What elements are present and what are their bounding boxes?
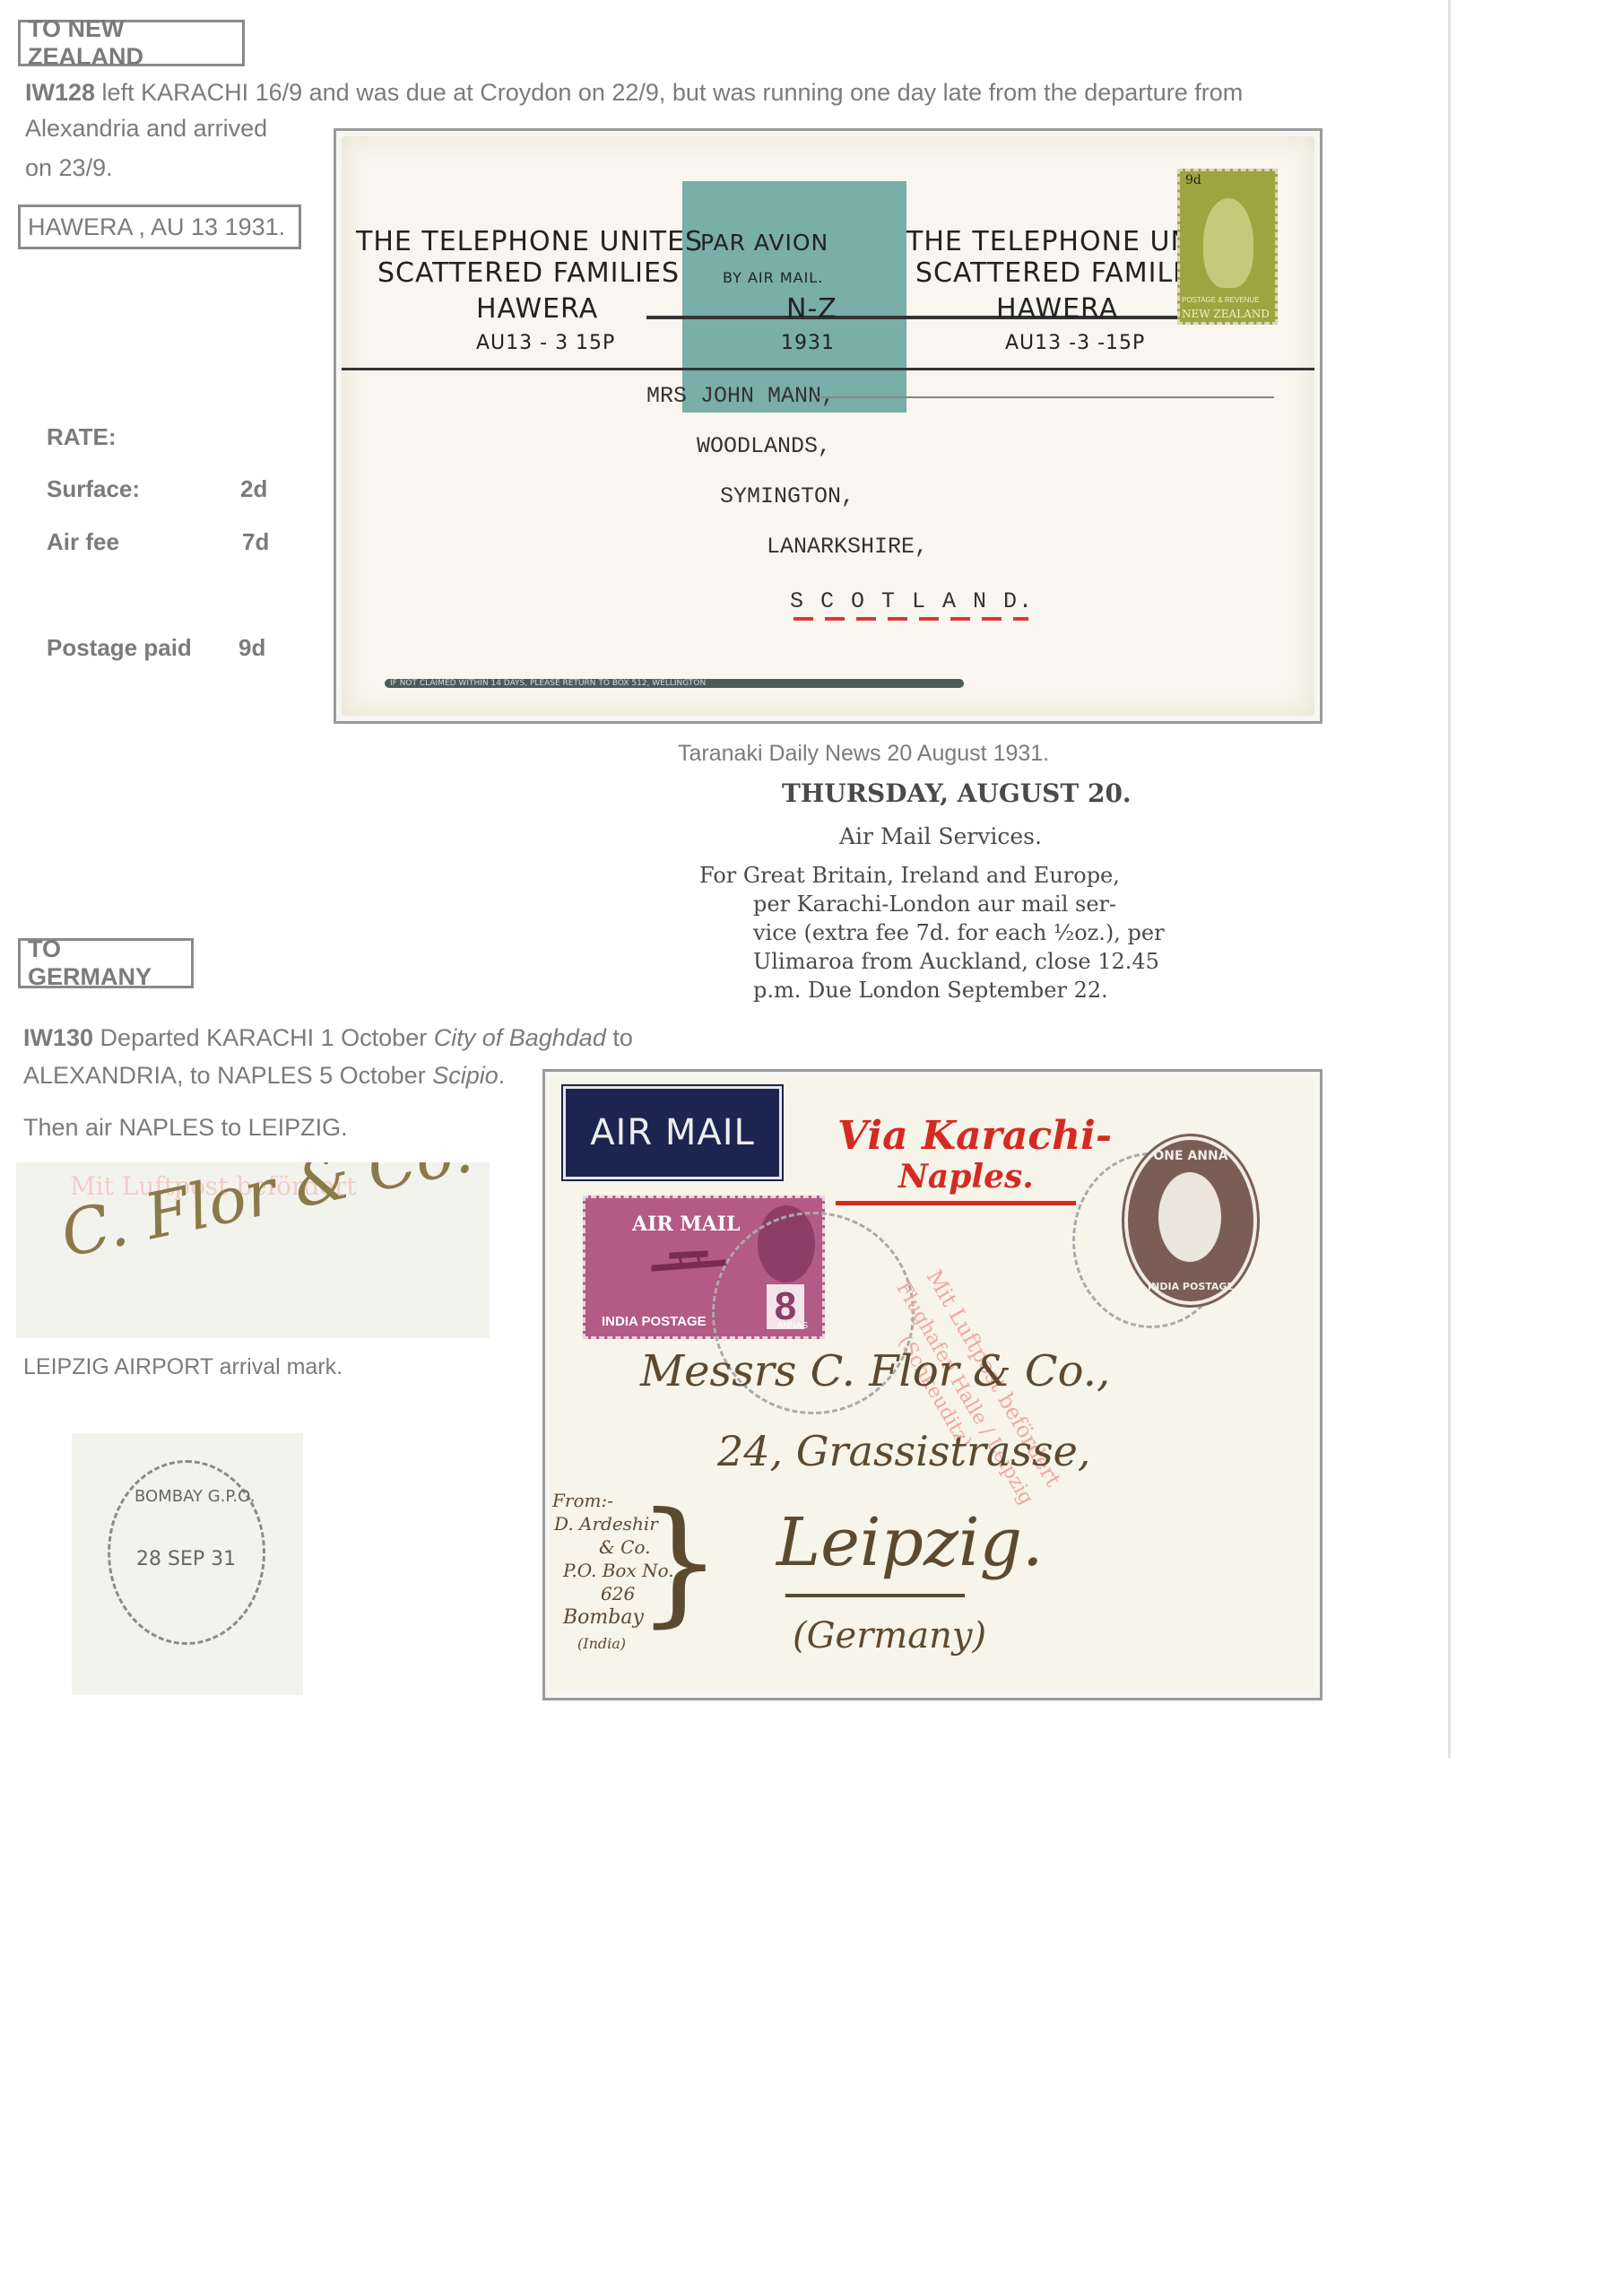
postmark-town: BOMBAY G.P.O.	[134, 1487, 255, 1506]
de-address-line-3: Leipzig.	[776, 1504, 1044, 1581]
king-portrait-icon	[1158, 1172, 1221, 1262]
line1-text: Departed KARACHI 1 October	[93, 1024, 434, 1051]
section-heading-nz: TO NEW ZEALAND	[18, 20, 245, 66]
newspaper-body-2: per Karachi-London aur mail ser-	[753, 891, 1116, 917]
address-line-1: MRS JOHN MANN,	[646, 383, 835, 409]
nz-flight-line2: Alexandria and arrived	[25, 115, 267, 143]
cancel-town-center: N-Z	[786, 293, 837, 325]
rate-label-postage: Postage paid	[47, 634, 192, 662]
postmark-date: 28 SEP 31	[136, 1548, 236, 1570]
de-cover-image: AIR MAIL Via Karachi- Naples. AIR MAIL 8…	[542, 1069, 1322, 1700]
newspaper-body-3: vice (extra fee 7d. for each ½oz.), per	[753, 920, 1165, 945]
nz-flight-description: IW128 left KARACHI 16/9 and was due at C…	[25, 79, 1243, 107]
slogan-left-line1: THE TELEPHONE UNITES	[356, 226, 703, 257]
rate-value-postage: 9d	[238, 634, 265, 662]
routing-underline	[836, 1201, 1076, 1205]
de-flight-line1: IW130 Departed KARACHI 1 October City of…	[23, 1024, 633, 1052]
flight-code: IW130	[23, 1024, 93, 1051]
newspaper-headline: Air Mail Services.	[839, 823, 1042, 849]
sender-line-1: From:-	[552, 1490, 613, 1511]
indicium-bottom: INDIA POSTAGE	[1128, 1281, 1253, 1292]
rate-value-surface: 2d	[240, 475, 267, 503]
rate-value-airfee: 7d	[242, 528, 269, 556]
air-mail-label: AIR MAIL	[563, 1086, 782, 1179]
slogan-left-line2: SCATTERED FAMILIES	[377, 257, 680, 289]
newspaper-body-4: Ulimaroa from Auckland, close 12.45	[753, 949, 1159, 974]
nz-envelope: THE TELEPHONE UNITES SCATTERED FAMILIES …	[342, 136, 1314, 716]
stamp-title: AIR MAIL	[632, 1213, 740, 1236]
slogan-right-line2: SCATTERED FAMILIES	[915, 257, 1218, 289]
ship-name: Scipio	[432, 1062, 499, 1089]
cancel-town-right: HAWERA	[996, 293, 1118, 325]
de-flight-line3: Then air NAPLES to LEIPZIG.	[23, 1114, 348, 1142]
scotland-red-underline	[793, 617, 1028, 621]
de-address-line-4: (Germany)	[793, 1615, 986, 1657]
address-snippet-image: Mit Luftpost befördert C. Flor & Co.	[16, 1162, 490, 1338]
de-address-line-2: 24, Grassistrasse,	[717, 1427, 1090, 1475]
king-portrait-icon	[1203, 198, 1253, 288]
heading-text: TO NEW ZEALAND	[28, 15, 235, 71]
cancel-date-left: AU13 - 3 15P	[476, 332, 615, 354]
stamp-value: 9d	[1185, 173, 1201, 187]
sender-line-6: Bombay	[563, 1606, 644, 1629]
stamp-country: INDIA POSTAGE	[602, 1314, 707, 1329]
rate-label-airfee: Air fee	[47, 528, 119, 556]
line1-tail: to	[606, 1024, 633, 1051]
india-envelope: AIR MAIL Via Karachi- Naples. AIR MAIL 8…	[551, 1077, 1314, 1692]
de-flight-line2: ALEXANDRIA, to NAPLES 5 October Scipio.	[23, 1062, 505, 1090]
postmark-text: HAWERA , AU 13 1931.	[28, 213, 285, 241]
page-edge-line	[1448, 0, 1451, 1758]
etiquette-par-avion: PAR AVION	[700, 230, 828, 256]
address-line-3: SYMINGTON,	[720, 483, 854, 509]
routing-line-2: Naples.	[898, 1158, 1034, 1196]
newspaper-caption: Taranaki Daily News 20 August 1931.	[678, 741, 1049, 767]
newspaper-body-1: For Great Britain, Ireland and Europe,	[699, 863, 1120, 888]
nz-cover-image: THE TELEPHONE UNITES SCATTERED FAMILIES …	[334, 128, 1322, 724]
address-dash-line	[817, 396, 1274, 398]
stamp-caption: POSTAGE & REVENUE	[1182, 296, 1260, 304]
flight-code: IW128	[25, 79, 95, 106]
return-address-band: IF NOT CLAIMED WITHIN 14 DAYS, PLEASE RE…	[385, 679, 964, 688]
stamp-country: NEW ZEALAND	[1182, 308, 1270, 320]
line2-text: ALEXANDRIA, to NAPLES 5 October	[23, 1062, 432, 1089]
newspaper-body-5: p.m. Due London September 22.	[753, 978, 1108, 1003]
routing-line-1: Via Karachi-	[837, 1113, 1112, 1159]
rate-title: RATE:	[47, 423, 117, 451]
newspaper-dateline: THURSDAY, AUGUST 20.	[782, 778, 1132, 808]
address-line-4: LANARKSHIRE,	[767, 534, 928, 560]
rate-label-surface: Surface:	[47, 475, 140, 503]
nz-flight-line3: on 23/9.	[25, 154, 113, 182]
cancel-year: 1931	[781, 332, 835, 354]
line2-tail: .	[499, 1062, 506, 1089]
bombay-gpo-postmark-image: BOMBAY G.P.O. 28 SEP 31	[72, 1433, 303, 1695]
one-anna-indicium: ONE ANNA INDIA POSTAGE	[1124, 1136, 1257, 1305]
flight-text: left KARACHI 16/9 and was due at Croydon…	[95, 79, 1243, 106]
address-line-5: S C O T L A N D.	[790, 588, 1034, 614]
address-line-2: WOODLANDS,	[697, 433, 831, 459]
arrival-caption: LEIPZIG AIRPORT arrival mark.	[23, 1354, 343, 1380]
section-heading-de: TO GERMANY	[18, 938, 194, 988]
sender-line-7: (India)	[577, 1635, 626, 1652]
cancel-rule-2	[342, 368, 1314, 370]
indicium-top: ONE ANNA	[1128, 1149, 1253, 1163]
etiquette-by-air-mail: BY AIR MAIL.	[723, 269, 823, 286]
cancel-town-left: HAWERA	[476, 293, 598, 325]
aircraft-name: City of Baghdad	[434, 1024, 606, 1051]
biplane-icon	[648, 1248, 729, 1281]
sender-brace: }	[637, 1495, 722, 1630]
sender-line-5: 626	[601, 1583, 635, 1605]
cancel-rule-1	[646, 316, 1256, 319]
postmark-label: HAWERA , AU 13 1931.	[18, 204, 301, 249]
nz-stamp-9d: 9d POSTAGE & REVENUE NEW ZEALAND	[1177, 169, 1278, 325]
leipzig-underline	[785, 1594, 965, 1597]
cancel-date-right: AU13 -3 -15P	[1005, 332, 1145, 354]
de-address-line-1: Messrs C. Flor & Co.,	[640, 1346, 1110, 1396]
heading-text: TO GERMANY	[28, 935, 184, 991]
